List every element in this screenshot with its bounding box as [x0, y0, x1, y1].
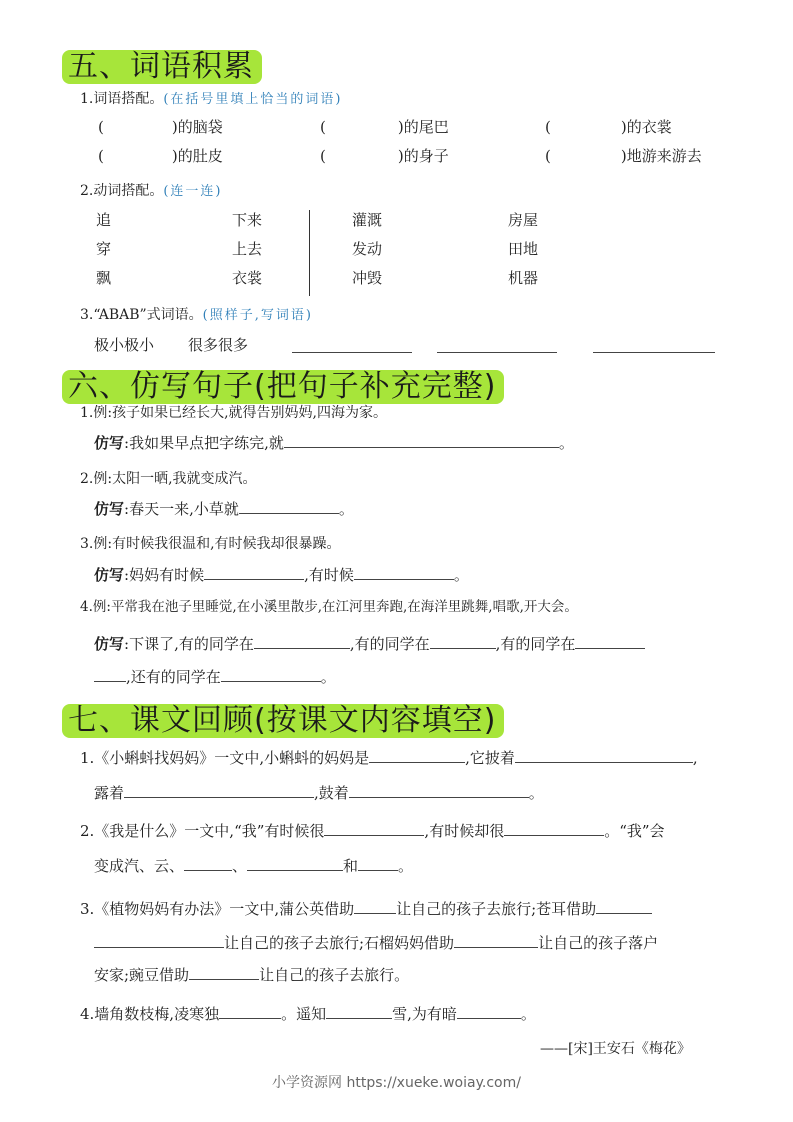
write-label: 仿写	[94, 500, 124, 518]
answer-blank[interactable]	[515, 747, 693, 763]
answer-blank[interactable]	[239, 498, 339, 514]
match-right-object-2[interactable]: 田地	[508, 239, 538, 259]
q5-1-heading: 1.词语搭配。(在括号里填上恰当的词语)	[80, 90, 343, 109]
s7-item-3-line-3: 安家;豌豆借助让自己的孩子去旅行。	[94, 964, 409, 985]
q5-1-hint: (在括号里填上恰当的词语)	[163, 92, 342, 107]
match-right-verb-2[interactable]: 发动	[352, 239, 382, 259]
answer-blank[interactable]	[94, 932, 224, 948]
s6-write-4-cont: ,还有的同学在。	[94, 666, 336, 687]
write-text: ,有的同学在	[350, 635, 430, 653]
text: 让自己的孩子去旅行;苍耳借助	[396, 900, 596, 918]
phrase: )的尾巴	[398, 118, 449, 136]
text: 。	[521, 1005, 536, 1023]
match-left-verb-3[interactable]: 飘	[96, 268, 111, 288]
section-7-title: 七、课文回顾(按课文内容填空)	[62, 704, 504, 738]
write-text: ,有的同学在	[496, 635, 576, 653]
answer-blank[interactable]	[189, 964, 259, 980]
example-prefix: 4.例:	[80, 599, 111, 615]
section-6-title: 六、仿写句子(把句子补充完整)	[62, 370, 504, 404]
q5-1-row-2b: ()的身子	[320, 146, 449, 166]
q5-2-heading: 2.动词搭配。(连一连)	[80, 182, 223, 201]
answer-blank[interactable]	[94, 666, 126, 682]
answer-blank[interactable]	[284, 432, 559, 448]
example-text: 孩子如果已经长大,就得告别妈妈,四海为家。	[112, 405, 387, 421]
answer-blank[interactable]	[354, 898, 396, 914]
match-left-object-2[interactable]: 上去	[232, 239, 262, 259]
answer-blank[interactable]	[184, 855, 232, 871]
match-left-object-1[interactable]: 下来	[232, 210, 262, 230]
q5-1-row-2: ()的肚皮	[98, 146, 223, 166]
phrase: )的脑袋	[172, 118, 223, 136]
example-text: 太阳一晒,我就变成汽。	[112, 471, 256, 487]
answer-blank[interactable]	[219, 1003, 281, 1019]
s6-write-2: 仿写:春天一来,小草就。	[94, 498, 354, 519]
q5-3-label: 3.“ABAB”式词语。	[80, 307, 203, 323]
answer-blank[interactable]	[354, 564, 454, 580]
write-text: 。	[321, 668, 336, 686]
answer-blank[interactable]	[457, 1003, 521, 1019]
text: ,	[693, 749, 698, 767]
write-label: 仿写	[94, 434, 124, 452]
write-label: 仿写	[94, 566, 124, 584]
phrase: )的肚皮	[172, 147, 223, 165]
text: ,鼓着	[314, 784, 349, 802]
text: 2.《我是什么》一文中,“我”有时候很	[80, 822, 324, 840]
answer-blank[interactable]	[204, 564, 304, 580]
write-text: :我如果早点把字练完,就	[124, 434, 284, 452]
q5-3-heading: 3.“ABAB”式词语。(照样子,写词语)	[80, 306, 313, 325]
match-right-verb-1[interactable]: 灌溉	[352, 210, 382, 230]
s7-item-3-line-1: 3.《植物妈妈有办法》一文中,蒲公英借助让自己的孩子去旅行;苍耳借助	[80, 898, 652, 919]
write-text: :妈妈有时候	[124, 566, 204, 584]
s6-write-4: 仿写:下课了,有的同学在,有的同学在,有的同学在	[94, 633, 645, 654]
paren: (	[98, 118, 104, 136]
paren: (	[320, 147, 326, 165]
q5-1-label: 1.词语搭配。	[80, 91, 163, 107]
s6-example-1: 1.例:孩子如果已经长大,就得告别妈妈,四海为家。	[80, 404, 387, 422]
write-text: 。	[454, 566, 469, 584]
answer-blank[interactable]	[349, 782, 529, 798]
example-prefix: 3.例:	[80, 536, 112, 552]
text: 让自己的孩子落户	[538, 934, 658, 952]
example-prefix: 2.例:	[80, 471, 112, 487]
q5-1-row-2c: ()地游来游去	[545, 146, 702, 166]
text: 。	[398, 857, 413, 875]
text: 。“我”会	[604, 822, 664, 840]
write-text: ,还有的同学在	[126, 668, 221, 686]
paren: (	[545, 118, 551, 136]
q5-1-row-1c: ()的衣裳	[545, 117, 672, 137]
poem-attribution: ——[宋]王安石《梅花》	[540, 1040, 691, 1058]
s7-item-4-line-1: 4.墙角数枝梅,凌寒独。遥知雪,为有暗。	[80, 1003, 536, 1024]
text: 雪,为有暗	[392, 1005, 457, 1023]
s7-item-1-line-2: 露着,鼓着。	[94, 782, 544, 803]
text: 1.《小蝌蚪找妈妈》一文中,小蝌蚪的妈妈是	[80, 749, 369, 767]
s6-example-2: 2.例:太阳一晒,我就变成汽。	[80, 470, 257, 488]
q5-2-hint: (连一连)	[163, 184, 222, 199]
text: 、	[232, 857, 247, 875]
s7-item-2-line-1: 2.《我是什么》一文中,“我”有时候很,有时候却很。“我”会	[80, 820, 665, 841]
example-text: 有时候我很温和,有时候我却很暴躁。	[112, 536, 340, 552]
text: 变成汽、云、	[94, 857, 184, 875]
section-5-title: 五、词语积累	[62, 50, 262, 84]
match-right-object-1[interactable]: 房屋	[508, 210, 538, 230]
phrase: )地游来游去	[621, 147, 702, 165]
abab-blank-3[interactable]	[593, 352, 715, 353]
divider-line	[309, 210, 310, 296]
text: 。	[529, 784, 544, 802]
answer-blank[interactable]	[326, 1003, 392, 1019]
text: 3.《植物妈妈有办法》一文中,蒲公英借助	[80, 900, 354, 918]
q5-3-hint: (照样子,写词语)	[203, 308, 313, 323]
answer-blank[interactable]	[358, 855, 398, 871]
write-label: 仿写	[94, 635, 124, 653]
answer-blank[interactable]	[124, 782, 314, 798]
abab-blank-1[interactable]	[292, 352, 412, 353]
match-left-verb-1[interactable]: 追	[96, 210, 111, 230]
match-right-verb-3[interactable]: 冲毁	[352, 268, 382, 288]
s6-write-1: 仿写:我如果早点把字练完,就。	[94, 432, 574, 453]
text: 4.墙角数枝梅,凌寒独	[80, 1005, 219, 1023]
paren: (	[98, 147, 104, 165]
answer-blank[interactable]	[369, 747, 465, 763]
write-text: 。	[559, 434, 574, 452]
answer-blank[interactable]	[254, 633, 350, 649]
match-left-object-3[interactable]: 衣裳	[232, 268, 262, 288]
text: 。遥知	[281, 1005, 326, 1023]
answer-blank[interactable]	[504, 820, 604, 836]
abab-example-1: 极小极小	[94, 335, 154, 355]
abab-blank-2[interactable]	[437, 352, 557, 353]
s6-example-3: 3.例:有时候我很温和,有时候我却很暴躁。	[80, 535, 341, 553]
s7-item-1-line-1: 1.《小蝌蚪找妈妈》一文中,小蝌蚪的妈妈是,它披着,	[80, 747, 698, 768]
s6-write-3: 仿写:妈妈有时候,有时候。	[94, 564, 469, 585]
answer-blank[interactable]	[454, 932, 538, 948]
phrase: )的衣裳	[621, 118, 672, 136]
write-text: ,有时候	[304, 566, 354, 584]
q5-1-row-1b: ()的尾巴	[320, 117, 449, 137]
s7-item-3-line-2: 让自己的孩子去旅行;石榴妈妈借助让自己的孩子落户	[94, 932, 658, 953]
text: ,它披着	[465, 749, 515, 767]
write-text: :下课了,有的同学在	[124, 635, 254, 653]
footer-watermark: 小学资源网 https://xueke.woiay.com/	[0, 1072, 793, 1092]
text: 让自己的孩子去旅行;石榴妈妈借助	[224, 934, 454, 952]
answer-blank[interactable]	[247, 855, 343, 871]
text: 让自己的孩子去旅行。	[259, 966, 409, 984]
answer-blank[interactable]	[596, 898, 652, 914]
abab-example-2: 很多很多	[188, 335, 248, 355]
s6-example-4: 4.例:平常我在池子里睡觉,在小溪里散步,在江河里奔跑,在海洋里跳舞,唱歌,开大…	[80, 598, 578, 616]
write-text: 。	[339, 500, 354, 518]
answer-blank[interactable]	[324, 820, 424, 836]
s7-item-2-line-2: 变成汽、云、、和。	[94, 855, 413, 876]
text: 安家;豌豆借助	[94, 966, 189, 984]
phrase: )的身子	[398, 147, 449, 165]
answer-blank[interactable]	[430, 633, 496, 649]
text: 露着	[94, 784, 124, 802]
text: 和	[343, 857, 358, 875]
example-prefix: 1.例:	[80, 405, 112, 421]
answer-blank[interactable]	[575, 633, 645, 649]
paren: (	[320, 118, 326, 136]
answer-blank[interactable]	[221, 666, 321, 682]
text: ,有时候却很	[424, 822, 504, 840]
match-right-object-3[interactable]: 机器	[508, 268, 538, 288]
q5-2-label: 2.动词搭配。	[80, 183, 163, 199]
write-text: :春天一来,小草就	[124, 500, 239, 518]
match-left-verb-2[interactable]: 穿	[96, 239, 111, 259]
q5-1-row-1: ()的脑袋	[98, 117, 223, 137]
example-text: 平常我在池子里睡觉,在小溪里散步,在江河里奔跑,在海洋里跳舞,唱歌,开大会。	[111, 599, 578, 615]
paren: (	[545, 147, 551, 165]
